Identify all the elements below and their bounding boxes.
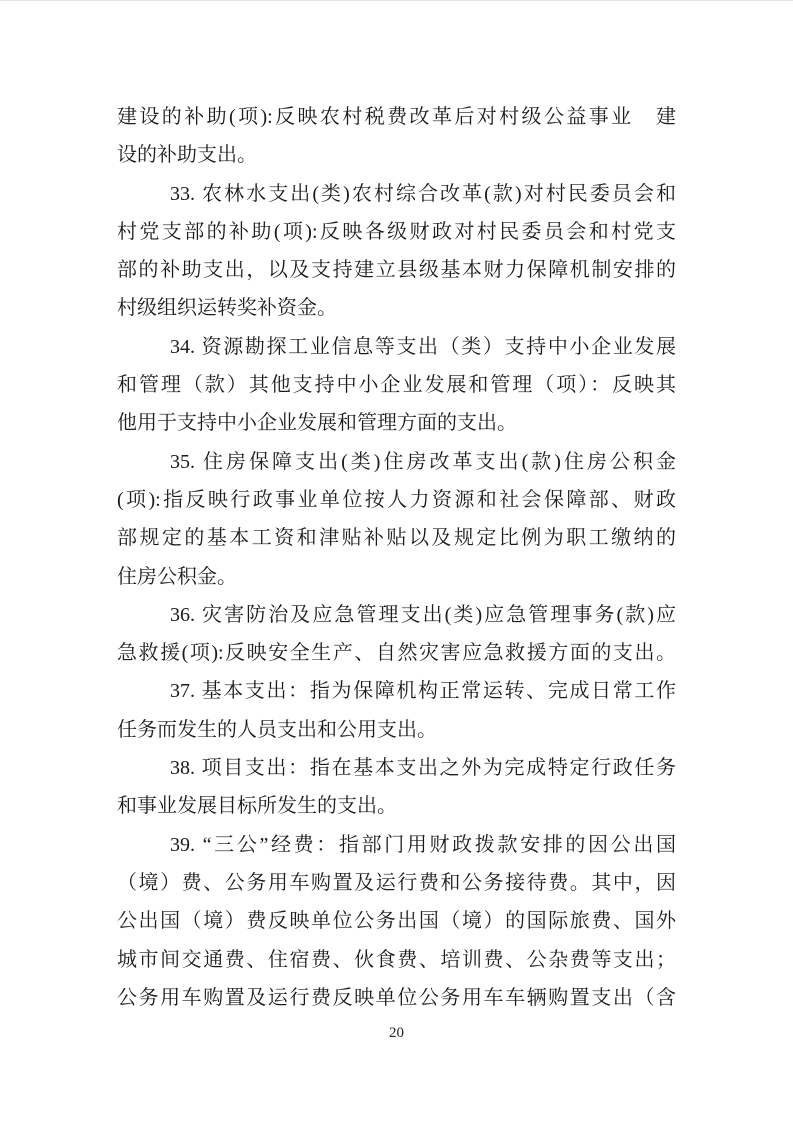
text-line: 任务而发生的人员支出和公用支出。 — [117, 711, 676, 749]
text-line: 住房公积金。 — [117, 558, 676, 596]
text-line: 36. 灾害防治及应急管理支出(类)应急管理事务(款)应 — [117, 596, 676, 634]
text-line: 公出国（境）费反映单位公务出国（境）的国际旅费、国外 — [117, 902, 676, 940]
text-block: 建设的补助(项):反映农村税费改革后对村级公益事业 建设的补助支出。33. 农林… — [117, 98, 676, 1017]
text-line: 33. 农林水支出(类)农村综合改革(款)对村民委员会和 — [117, 175, 676, 213]
text-line: 设的补助支出。 — [117, 136, 676, 174]
text-line: 37. 基本支出：指为保障机构正常运转、完成日常工作 — [117, 672, 676, 710]
text-line: 城市间交通费、住宿费、伙食费、培训费、公杂费等支出； — [117, 941, 676, 979]
document-page: 建设的补助(项):反映农村税费改革后对村级公益事业 建设的补助支出。33. 农林… — [0, 0, 793, 1122]
text-line: 34. 资源勘探工业信息等支出（类）支持中小企业发展 — [117, 328, 676, 366]
text-line: 建设的补助(项):反映农村税费改革后对村级公益事业 建 — [117, 98, 676, 136]
text-line: 公务用车购置及运行费反映单位公务用车车辆购置支出（含 — [117, 979, 676, 1017]
text-line: 村级组织运转奖补资金。 — [117, 289, 676, 327]
text-line: 38. 项目支出：指在基本支出之外为完成特定行政任务 — [117, 749, 676, 787]
text-line: 他用于支持中小企业发展和管理方面的支出。 — [117, 404, 676, 442]
text-line: 39. “三公”经费：指部门用财政拨款安排的因公出国 — [117, 826, 676, 864]
text-line: 村党支部的补助(项):反映各级财政对村民委员会和村党支 — [117, 213, 676, 251]
text-line: 部的补助支出，以及支持建立县级基本财力保障机制安排的 — [117, 251, 676, 289]
text-line: 部规定的基本工资和津贴补贴以及规定比例为职工缴纳的 — [117, 519, 676, 557]
text-line: 急救援(项):反映安全生产、自然灾害应急救援方面的支出。 — [117, 634, 676, 672]
text-line: 和事业发展目标所发生的支出。 — [117, 787, 676, 825]
text-line: 35. 住房保障支出(类)住房改革支出(款)住房公积金 — [117, 443, 676, 481]
text-line: 和管理（款）其他支持中小企业发展和管理（项）：反映其 — [117, 366, 676, 404]
text-line: (项):指反映行政事业单位按人力资源和社会保障部、财政 — [117, 481, 676, 519]
page-number: 20 — [0, 1023, 793, 1043]
text-line: （境）费、公务用车购置及运行费和公务接待费。其中，因 — [117, 864, 676, 902]
